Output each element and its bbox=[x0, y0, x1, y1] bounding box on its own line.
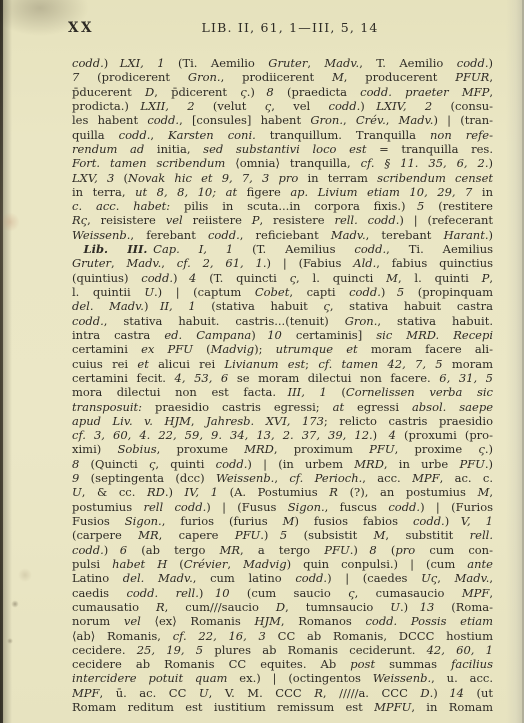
text-line: cuius rei et alicui rei Livianum est; cf… bbox=[72, 357, 493, 371]
italic-text: 8 bbox=[266, 85, 273, 99]
italic-text: 5 bbox=[417, 199, 424, 213]
italic-text: ς bbox=[265, 99, 271, 113]
italic-text: cf. 2, 61, 1. bbox=[177, 256, 267, 270]
text-line: certamini ex PFU (Madvig); utrumque et m… bbox=[72, 342, 493, 356]
italic-text: codd. bbox=[413, 514, 445, 528]
italic-text: rell. codd. bbox=[334, 213, 399, 227]
italic-text: cf. § 11. 35, 6, 2. bbox=[361, 156, 489, 170]
italic-text: LXV, 3 bbox=[72, 171, 114, 185]
italic-text: Sobius bbox=[117, 442, 156, 456]
italic-text: PFU bbox=[235, 528, 260, 542]
italic-text: Novak hic et 9, 7, 3 pro bbox=[128, 171, 298, 185]
italic-text: 4, 53, 6 bbox=[175, 371, 229, 385]
italic-text: cf. 3, 60, 4. 22, 59, 9. 34, 13, 2. 37, … bbox=[72, 428, 373, 442]
text-line: codd.) LXI, 1 (Ti. Aemilio Gruter, Madv.… bbox=[72, 56, 493, 70]
italic-text: transposuit: bbox=[72, 400, 142, 414]
italic-text: c. acc. habet: bbox=[72, 199, 170, 213]
text-line: postumius rell codd.) | (Fusus Sigon., f… bbox=[72, 500, 493, 514]
italic-text: D bbox=[420, 686, 429, 700]
italic-text: codd. bbox=[388, 500, 420, 514]
italic-text: Gron. bbox=[345, 314, 378, 328]
text-line: apud Liv. v. HJM, Jahresb. XVI, 173; rel… bbox=[72, 414, 493, 428]
italic-text: Cornelissen verba sic bbox=[346, 385, 493, 399]
italic-text: Karsten coni. bbox=[168, 128, 256, 142]
italic-text: III, 1 bbox=[288, 385, 327, 399]
italic-text: MRD bbox=[244, 442, 274, 456]
italic-text: PFU bbox=[459, 457, 484, 471]
italic-text: MPF bbox=[72, 686, 100, 700]
apparatus-text-block: codd.) LXI, 1 (Ti. Aemilio Gruter, Madv.… bbox=[72, 56, 493, 714]
text-line: cecidere ab Romanis CC equites. Ab post … bbox=[72, 657, 493, 671]
italic-text: II, 1 bbox=[160, 299, 196, 313]
text-line: (quintius) codd.) 4 (T. quincti ς, l. qu… bbox=[72, 271, 493, 285]
italic-text: LXIV, 2 bbox=[376, 99, 432, 113]
italic-text: sic MRD. Recepi bbox=[376, 328, 493, 342]
italic-text: et bbox=[137, 357, 148, 371]
italic-text: U bbox=[72, 485, 82, 499]
italic-text: at bbox=[333, 400, 344, 414]
text-line: norum vel ⟨ex⟩ Romanis HJM, Romanos codd… bbox=[72, 614, 493, 628]
italic-text: codd. bbox=[208, 228, 240, 242]
italic-text: pro bbox=[395, 543, 415, 557]
text-line: certamini fecit. 4, 53, 6 se moram dilec… bbox=[72, 371, 493, 385]
text-line: pulsi habet H (Crévier, Madvig) quin con… bbox=[72, 557, 493, 571]
italic-text: 6, 31, 5 bbox=[439, 371, 493, 385]
text-line: intercidere potuit quam ex.) | (octingen… bbox=[72, 671, 493, 685]
italic-text: Fort. tamen scribendum bbox=[72, 156, 225, 170]
text-line: U, & cc. RD.) IV, 1 (A. Postumius R (?),… bbox=[72, 485, 493, 499]
italic-text: 10 bbox=[215, 586, 230, 600]
italic-text: M bbox=[332, 70, 344, 84]
italic-text: ap. Livium etiam 10, 29, 7 bbox=[290, 185, 472, 199]
italic-text: P bbox=[482, 271, 490, 285]
text-line: les habent codd., [consules] habent Gron… bbox=[72, 113, 493, 127]
italic-text: Madv. bbox=[127, 256, 162, 270]
running-title: LIB. II, 61, 1—III, 5, 14 bbox=[105, 20, 475, 35]
italic-text: 8 bbox=[72, 457, 79, 471]
italic-text: apud Liv. v. HJM bbox=[72, 414, 191, 428]
text-line: Fort. tamen scribendum ⟨omnia⟩ tranquill… bbox=[72, 156, 493, 170]
text-line: cecidere. 25, 19, 5 plures ab Romanis ce… bbox=[72, 643, 493, 657]
text-line: p̄ducerent D, p̄dicerent ς.) 8 (praedict… bbox=[72, 85, 493, 99]
italic-text: R bbox=[329, 485, 338, 499]
italic-text: PFU bbox=[324, 543, 349, 557]
italic-text: habet H bbox=[112, 557, 167, 571]
italic-text: codd. bbox=[354, 242, 386, 256]
italic-text: PFU bbox=[369, 442, 394, 456]
text-line: codd., stativa habuit. castris...(tenuit… bbox=[72, 314, 493, 328]
italic-text: RD bbox=[147, 485, 165, 499]
italic-text: vel bbox=[124, 614, 141, 628]
italic-text: P bbox=[252, 213, 260, 227]
italic-text: Jahresb. XVI, 173 bbox=[206, 414, 324, 428]
italic-text: ut 8, 8, 10; at bbox=[135, 185, 237, 199]
italic-text: Madvig bbox=[243, 557, 287, 571]
italic-text: 4 bbox=[189, 271, 196, 285]
italic-text: IV, 1 bbox=[185, 485, 218, 499]
text-line: quilla codd., Karsten coni. tranquillum.… bbox=[72, 128, 493, 142]
italic-text: Rς bbox=[72, 213, 87, 227]
italic-text: ς bbox=[290, 271, 296, 285]
italic-text: codd. bbox=[457, 56, 489, 70]
italic-text: Possis etiam bbox=[411, 614, 493, 628]
italic-text: codd. bbox=[349, 285, 381, 299]
italic-text: ς bbox=[348, 586, 354, 600]
italic-text: V, 1 bbox=[461, 514, 493, 528]
text-line: rendum ad initia, sed substantivi loco e… bbox=[72, 142, 493, 156]
italic-text: codd. bbox=[141, 271, 173, 285]
italic-text: Ald. bbox=[353, 256, 376, 270]
text-line: ⟨ab⟩ Romanis, cf. 22, 16, 3 CC ab Romani… bbox=[72, 629, 493, 643]
italic-text: LXII, 2 bbox=[140, 99, 194, 113]
italic-text: ed. Campana bbox=[164, 328, 251, 342]
text-line: Romam reditum est iustitium remissum est… bbox=[72, 700, 493, 714]
text-line: Latino del. Madv., cum latino codd.) | (… bbox=[72, 571, 493, 585]
italic-text: intercidere potuit quam bbox=[72, 671, 227, 685]
italic-text: codd. bbox=[72, 543, 104, 557]
italic-text: Madvig bbox=[211, 342, 255, 356]
text-line: Lib. III. Cap. I, 1 (T. Aemilius codd., … bbox=[72, 242, 493, 256]
italic-text: rell codd. bbox=[143, 500, 206, 514]
italic-text: M bbox=[374, 528, 386, 542]
italic-text: utrumque et bbox=[276, 342, 358, 356]
italic-text: 6 bbox=[120, 543, 127, 557]
italic-text: Madv. bbox=[331, 228, 366, 242]
italic-text: MR bbox=[138, 528, 158, 542]
italic-text: vel bbox=[166, 213, 183, 227]
italic-text: ex PFU bbox=[141, 342, 193, 356]
text-line: 9 (septingenta (dcc) Weissenb., cf. Peri… bbox=[72, 471, 493, 485]
italic-text: Madv. bbox=[455, 571, 490, 585]
italic-text: codd. bbox=[295, 571, 327, 585]
italic-text: MRD bbox=[354, 457, 384, 471]
text-line: in terra, ut 8, 8, 10; at figere ap. Liv… bbox=[72, 185, 493, 199]
italic-text: U bbox=[199, 686, 209, 700]
italic-text: Weissenb. bbox=[373, 671, 431, 685]
page-header: XX LIB. II, 61, 1—III, 5, 14 bbox=[0, 20, 524, 38]
text-line: Weissenb., ferebant codd., reficiebant M… bbox=[72, 228, 493, 242]
bold-italic-text: Lib. III. bbox=[84, 242, 148, 256]
italic-text: 4 bbox=[389, 428, 396, 442]
italic-text: 8 bbox=[369, 543, 376, 557]
italic-text: Madv. bbox=[324, 56, 359, 70]
italic-text: facilius bbox=[451, 657, 493, 671]
italic-text: MPF bbox=[412, 471, 440, 485]
italic-text: non refe- bbox=[430, 128, 493, 142]
italic-text: cf. 22, 16, 3 bbox=[173, 629, 266, 643]
italic-text: del. Madv. bbox=[72, 299, 144, 313]
italic-text: codd. bbox=[329, 99, 361, 113]
text-line: del. Madv.) II, 1 (stativa habuit ς, sta… bbox=[72, 299, 493, 313]
italic-text: 5 bbox=[397, 285, 404, 299]
text-line: l. quintii U.) | (captum Cobet, capti co… bbox=[72, 285, 493, 299]
italic-text: HJM bbox=[254, 614, 280, 628]
italic-text: scribendum censet bbox=[377, 171, 493, 185]
text-line: intra castra ed. Campana) 10 certaminis]… bbox=[72, 328, 493, 342]
text-line: transposuit: praesidio castris egressi; … bbox=[72, 400, 493, 414]
italic-text: ς bbox=[149, 457, 155, 471]
italic-text: Sigon. bbox=[288, 500, 325, 514]
italic-text: Uς bbox=[421, 571, 437, 585]
italic-text: Gruter bbox=[72, 256, 111, 270]
italic-text: Weissenb. bbox=[216, 471, 274, 485]
italic-text: codd. praeter MFP bbox=[360, 85, 489, 99]
italic-text: ante bbox=[467, 557, 493, 571]
italic-text: Crévier bbox=[184, 557, 228, 571]
text-line: codd.) 6 (ab tergo MR, a tergo PFU.) 8 (… bbox=[72, 543, 493, 557]
italic-text: sed substantivi loco est bbox=[203, 142, 366, 156]
text-line: cumausatio R, cum///saucio D, tumnsaucio… bbox=[72, 600, 493, 614]
italic-text: cf. Perioch. bbox=[289, 471, 362, 485]
italic-text: PFUR bbox=[455, 70, 489, 84]
page-number: XX bbox=[68, 20, 94, 36]
italic-text: Crév. bbox=[356, 113, 386, 127]
italic-text: M bbox=[478, 485, 490, 499]
italic-text: 7 bbox=[72, 70, 79, 84]
text-line: MPF, ū. ac. CC U, V. M. CCC R, /////a. … bbox=[72, 686, 493, 700]
italic-text: 14 bbox=[449, 686, 464, 700]
italic-text: Cap. I, 1 bbox=[153, 242, 233, 256]
italic-text: 10 bbox=[267, 328, 282, 342]
italic-text: D bbox=[145, 85, 154, 99]
italic-text: codd. bbox=[216, 457, 248, 471]
italic-text: post bbox=[350, 657, 375, 671]
italic-text: Gruter bbox=[268, 56, 307, 70]
italic-text: codd. bbox=[72, 56, 104, 70]
italic-text: R bbox=[314, 686, 323, 700]
book-page: XX LIB. II, 61, 1—III, 5, 14 codd.) LXI,… bbox=[0, 0, 524, 723]
italic-text: LXI, 1 bbox=[120, 56, 165, 70]
italic-text: ς bbox=[323, 299, 329, 313]
text-line: Gruter, Madv., cf. 2, 61, 1.) | (Fabius … bbox=[72, 256, 493, 270]
text-line: LXV, 3 (Novak hic et 9, 7, 3 pro in terr… bbox=[72, 171, 493, 185]
italic-text: codd. rell. bbox=[126, 586, 198, 600]
italic-text: absol. saepe bbox=[412, 400, 493, 414]
text-line: cf. 3, 60, 4. 22, 59, 9. 34, 13, 2. 37, … bbox=[72, 428, 493, 442]
italic-text: 5 bbox=[280, 528, 287, 542]
italic-text: U bbox=[390, 600, 400, 614]
italic-text: MPFU bbox=[374, 700, 411, 714]
italic-text: rendum ad bbox=[72, 142, 144, 156]
italic-text: Cobet bbox=[255, 285, 290, 299]
italic-text: M bbox=[283, 514, 295, 528]
italic-text: ς bbox=[478, 442, 484, 456]
text-line: prodicta.) LXII, 2 (velut ς, vel codd.) … bbox=[72, 99, 493, 113]
text-line: Rς, reisistere vel reiistere P, resister… bbox=[72, 213, 493, 227]
italic-text: ς bbox=[240, 85, 246, 99]
italic-text: 13 bbox=[420, 600, 435, 614]
italic-text: rell. bbox=[470, 528, 493, 542]
text-line: (carpere MR, capere PFU.) 5 (subsistit M… bbox=[72, 528, 493, 542]
italic-text: R bbox=[156, 600, 165, 614]
scan-left-edge-shadow bbox=[0, 0, 3, 723]
italic-text: Gron. bbox=[188, 70, 221, 84]
italic-text: cf. tamen 42, 7, 5 bbox=[318, 357, 442, 371]
italic-text: MPF bbox=[462, 586, 490, 600]
italic-text: Livianum est bbox=[224, 357, 305, 371]
text-line: 8 (Quincti ς, quinti codd.) | (in urbem … bbox=[72, 457, 493, 471]
italic-text: M bbox=[386, 271, 398, 285]
text-line: caedis codd. rell.) 10 (cum saucio ς, cu… bbox=[72, 586, 493, 600]
italic-text: codd. bbox=[365, 614, 397, 628]
text-line: mora dilectui non est facta. III, 1 (Cor… bbox=[72, 385, 493, 399]
italic-text: Weissenb. bbox=[72, 228, 130, 242]
italic-text: Madv. bbox=[399, 113, 434, 127]
text-line: ximi) Sobius, proxume MRD, proximum PFU,… bbox=[72, 442, 493, 456]
italic-text: codd. bbox=[147, 113, 179, 127]
italic-text: U bbox=[144, 285, 154, 299]
italic-text: Sigon. bbox=[125, 514, 162, 528]
italic-text: 9 bbox=[72, 471, 79, 485]
italic-text: 42, 60, 1 bbox=[427, 643, 493, 657]
italic-text: Gron. bbox=[310, 113, 343, 127]
italic-text: D bbox=[276, 600, 285, 614]
text-line: Fusios Sigon., furios (furius M) fusios … bbox=[72, 514, 493, 528]
italic-text: codd. bbox=[72, 314, 104, 328]
italic-text: MR bbox=[220, 543, 240, 557]
text-line: 7 (prodicerent Gron., prodiicerent M, pr… bbox=[72, 70, 493, 84]
italic-text: codd. bbox=[119, 128, 151, 142]
italic-text: del. Madv. bbox=[123, 571, 193, 585]
italic-text: Harant. bbox=[444, 228, 489, 242]
italic-text: 25, 19, 5 bbox=[137, 643, 203, 657]
text-line: c. acc. habet: pilis in scuta...in corpo… bbox=[72, 199, 493, 213]
